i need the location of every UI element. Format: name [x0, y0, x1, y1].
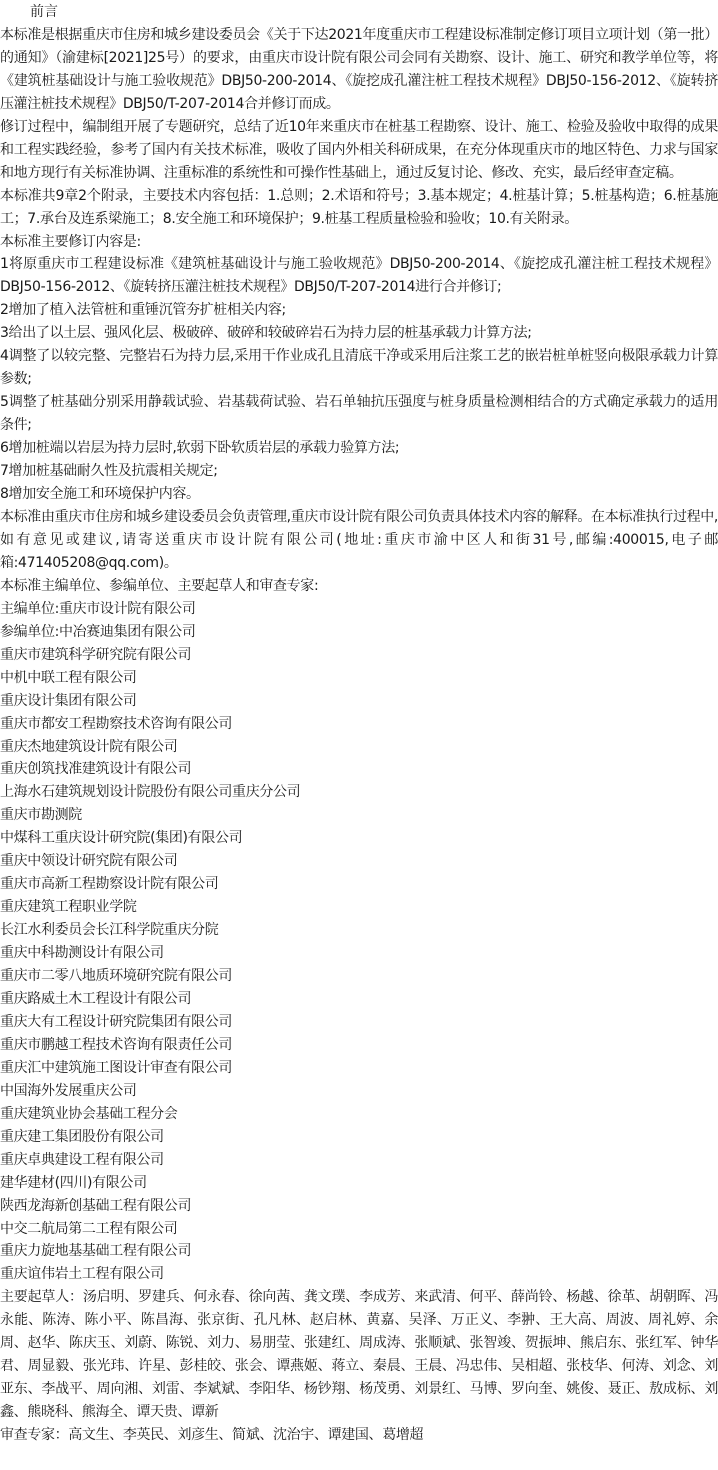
participating-unit: 重庆路威土木工程设计有限公司: [0, 988, 718, 1011]
document: 前言 本标准是根据重庆市住房和城乡建设委员会《关于下达2021年度重庆市工程建设…: [0, 0, 718, 1447]
participating-unit: 重庆市鹏越工程技术咨询有限责任公司: [0, 1034, 718, 1057]
participating-unit: 重庆大有工程设计研究院集团有限公司: [0, 1011, 718, 1034]
units-heading: 本标准主编单位、参编单位、主要起草人和审查专家:: [0, 575, 718, 598]
revision-item: 4调整了以较完整、完整岩石为持力层,采用干作业成孔且清底干净或采用后注浆工艺的嵌…: [0, 345, 718, 391]
drafters-list: 主要起草人：汤启明、罗建兵、何永春、徐向茜、龚文璞、李成芳、来武清、何平、薛尚铃…: [0, 1286, 718, 1424]
participating-unit: 上海水石建筑规划设计院股份有限公司重庆分公司: [0, 781, 718, 804]
participating-unit: 中国海外发展重庆公司: [0, 1080, 718, 1103]
participating-unit: 中煤科工重庆设计研究院(集团)有限公司: [0, 827, 718, 850]
revisions-heading: 本标准主要修订内容是:: [0, 231, 718, 254]
participating-unit: 重庆市高新工程勘察设计院有限公司: [0, 873, 718, 896]
participating-unit: 重庆汇中建筑施工图设计审查有限公司: [0, 1057, 718, 1080]
participating-unit: 重庆创筑找准建筑设计有限公司: [0, 758, 718, 781]
revisions-list: 1将原重庆市工程建设标准《建筑桩基础设计与施工验收规范》DBJ50-200-20…: [0, 253, 718, 505]
revision-item: 6增加桩端以岩层为持力层时,软弱下卧软质岩层的承载力验算方法;: [0, 437, 718, 460]
intro-paragraph-3: 本标准共9章2个附录，主要技术内容包括：1.总则；2.术语和符号；3.基本规定；…: [0, 185, 718, 231]
review-experts: 审查专家：高文生、李英民、刘彦生、简斌、沈治宇、谭建国、葛增超: [0, 1424, 718, 1447]
participating-unit: 重庆卓典建设工程有限公司: [0, 1149, 718, 1172]
participating-unit: 重庆力旋地基基础工程有限公司: [0, 1240, 718, 1263]
participating-unit: 重庆市都安工程勘察技术咨询有限公司: [0, 713, 718, 736]
participating-unit: 重庆市建筑科学研究院有限公司: [0, 644, 718, 667]
management-paragraph: 本标准由重庆市住房和城乡建设委员会负责管理,重庆市设计院有限公司负责具体技术内容…: [0, 506, 718, 575]
participating-unit: 建华建材(四川)有限公司: [0, 1172, 718, 1195]
participating-unit: 重庆建筑工程职业学院: [0, 896, 718, 919]
participating-unit: 重庆中科勘测设计有限公司: [0, 942, 718, 965]
participating-unit: 长江水利委员会长江科学院重庆分院: [0, 919, 718, 942]
chief-unit: 主编单位:重庆市设计院有限公司: [0, 598, 718, 621]
participating-unit: 重庆谊伟岩土工程有限公司: [0, 1263, 718, 1286]
intro-paragraph-1: 本标准是根据重庆市住房和城乡建设委员会《关于下达2021年度重庆市工程建设标准制…: [0, 24, 718, 116]
participating-unit: 重庆建筑业协会基础工程分会: [0, 1103, 718, 1126]
revision-item: 5调整了桩基础分别采用静载试验、岩基载荷试验、岩石单轴抗压强度与桩身质量检测相结…: [0, 391, 718, 437]
participating-unit: 中机中联工程有限公司: [0, 667, 718, 690]
participating-unit: 重庆设计集团有限公司: [0, 690, 718, 713]
participating-unit: 陕西龙海新创基础工程有限公司: [0, 1195, 718, 1218]
participating-unit: 重庆建工集团股份有限公司: [0, 1126, 718, 1149]
revision-item: 2增加了植入法管桩和重锤沉管夯扩桩相关内容;: [0, 299, 718, 322]
intro-paragraph-2: 修订过程中，编制组开展了专题研究，总结了近10年来重庆市在桩基工程勘察、设计、施…: [0, 116, 718, 185]
participating-unit: 重庆杰地建筑设计院有限公司: [0, 736, 718, 759]
section-title: 前言: [0, 1, 718, 24]
revision-item: 7增加桩基础耐久性及抗震相关规定;: [0, 460, 718, 483]
participating-unit: 中交二航局第二工程有限公司: [0, 1218, 718, 1241]
participating-unit: 重庆市二零八地质环境研究院有限公司: [0, 965, 718, 988]
participating-unit-first: 参编单位:中冶赛迪集团有限公司: [0, 621, 718, 644]
participating-unit: 重庆市勘测院: [0, 804, 718, 827]
participating-unit: 重庆中领设计研究院有限公司: [0, 850, 718, 873]
participating-units-list: 重庆市建筑科学研究院有限公司 中机中联工程有限公司 重庆设计集团有限公司 重庆市…: [0, 644, 718, 1287]
revision-item: 8增加安全施工和环境保护内容。: [0, 483, 718, 506]
revision-item: 1将原重庆市工程建设标准《建筑桩基础设计与施工验收规范》DBJ50-200-20…: [0, 253, 718, 299]
revision-item: 3给出了以土层、强风化层、极破碎、破碎和较破碎岩石为持力层的桩基承载力计算方法;: [0, 322, 718, 345]
